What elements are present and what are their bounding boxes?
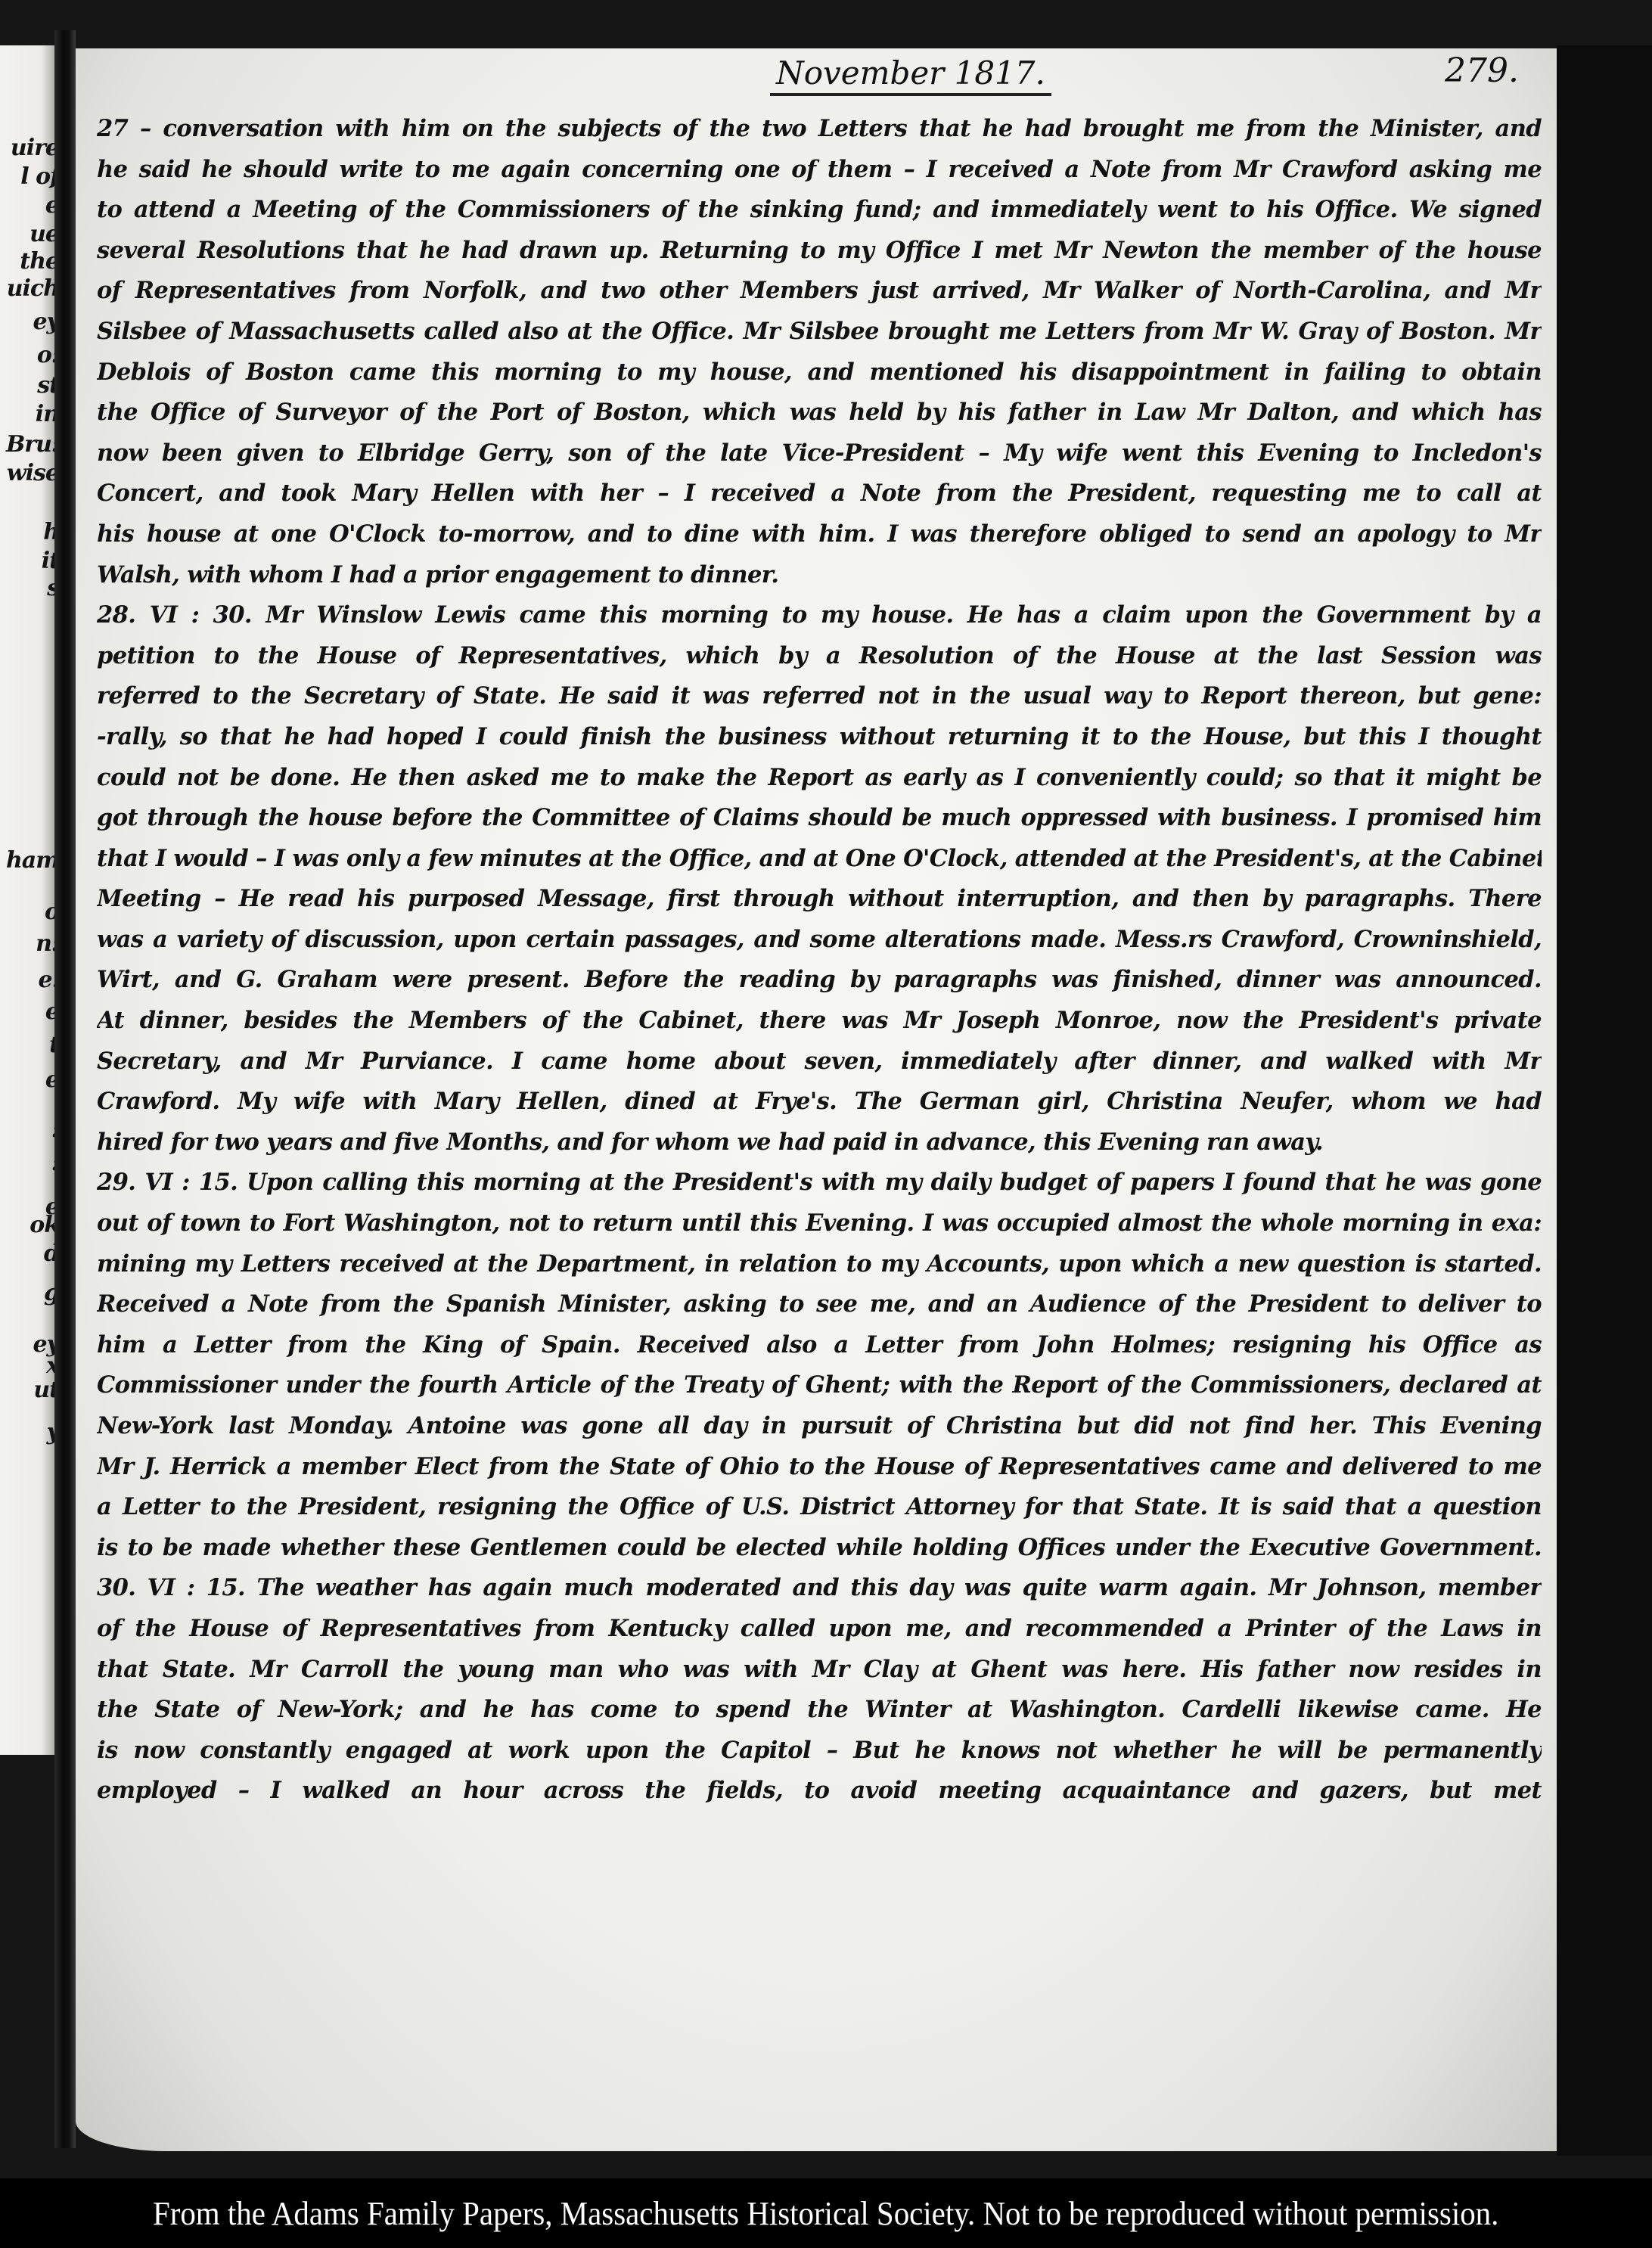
facing-page-fragment: t xyxy=(2,1032,59,1058)
facing-page-fragment: ut xyxy=(2,1377,59,1403)
manuscript-line: petition to the House of Representatives… xyxy=(97,636,1542,677)
facing-page-fragment: x xyxy=(2,1352,59,1379)
facing-page-fragment: : xyxy=(2,1116,59,1143)
diary-page: November 1817. 279. 27 – conversation wi… xyxy=(76,48,1558,2151)
facing-page-fragment: ue xyxy=(2,221,59,247)
page-number: 279. xyxy=(1445,51,1519,90)
facing-page-fragment: ok xyxy=(2,1212,59,1238)
manuscript-line: that I would – I was only a few minutes … xyxy=(97,839,1542,880)
manuscript-line: several Resolutions that he had drawn up… xyxy=(97,231,1542,272)
binding-gutter xyxy=(54,30,76,2148)
manuscript-line: Silsbee of Massachusetts called also at … xyxy=(97,312,1542,352)
facing-page-fragment: in xyxy=(2,401,59,427)
manuscript-line: now been given to Elbridge Gerry, son of… xyxy=(97,433,1542,474)
facing-page-fragment: uich xyxy=(2,275,59,302)
manuscript-line: Walsh, with whom I had a prior engagemen… xyxy=(97,555,1542,596)
manuscript-line: him a Letter from the King of Spain. Rec… xyxy=(97,1325,1542,1366)
facing-page-fragment: : xyxy=(2,1150,59,1176)
facing-page-fragment: e xyxy=(2,998,59,1025)
manuscript-line: referred to the Secretary of State. He s… xyxy=(97,676,1542,717)
manuscript-line: employed – I walked an hour across the f… xyxy=(97,1771,1542,1812)
manuscript-line: Meeting – He read his purposed Message, … xyxy=(97,879,1542,920)
facing-page-fragment: y xyxy=(2,1419,59,1445)
facing-page-fragment: uire xyxy=(2,135,59,161)
facing-page-fragment: ey xyxy=(2,309,59,335)
manuscript-line: could not be done. He then asked me to m… xyxy=(97,758,1542,799)
manuscript-line: 30. VI : 15. The weather has again much … xyxy=(97,1568,1542,1609)
facing-page-fragment: n: xyxy=(2,930,59,957)
diary-entries: 27 – conversation with him on the subjec… xyxy=(97,109,1542,1812)
manuscript-line: 28. VI : 30. Mr Winslow Lewis came this … xyxy=(97,595,1542,636)
manuscript-line: Wirt, and G. Graham were present. Before… xyxy=(97,960,1542,1001)
manuscript-line: Secretary, and Mr Purviance. I came home… xyxy=(97,1042,1542,1082)
manuscript-line: out of town to Fort Washington, not to r… xyxy=(97,1203,1542,1244)
facing-page-fragment: e xyxy=(2,192,59,219)
facing-page-fragment: o xyxy=(2,899,59,925)
facing-page-fragment: the xyxy=(2,248,59,275)
manuscript-line: -rally, so that he had hoped I could fin… xyxy=(97,717,1542,758)
manuscript-line: to attend a Meeting of the Commissioners… xyxy=(97,190,1542,231)
manuscript-line: New-York last Monday. Antoine was gone a… xyxy=(97,1406,1542,1447)
facing-page-fragment: wise xyxy=(2,460,59,486)
facing-page-fragment: o: xyxy=(2,342,59,368)
facing-page-fragment: Bru: xyxy=(2,431,59,458)
facing-page-fragment: l of xyxy=(2,163,59,190)
facing-page-fragment: st xyxy=(2,372,59,399)
facing-page-fragment: d xyxy=(2,1240,59,1267)
manuscript-line: the Office of Surveyor of the Port of Bo… xyxy=(97,393,1542,433)
page-header: November 1817. 279. xyxy=(76,48,1558,101)
manuscript-line: is now constantly engaged at work upon t… xyxy=(97,1731,1542,1771)
manuscript-line: of Representatives from Norfolk, and two… xyxy=(97,271,1542,312)
manuscript-line: Deblois of Boston came this morning to m… xyxy=(97,352,1542,393)
copyright-caption: From the Adams Family Papers, Massachuse… xyxy=(153,2194,1498,2233)
facing-page-fragment: g xyxy=(2,1280,59,1306)
manuscript-line: is to be made whether these Gentlemen co… xyxy=(97,1528,1542,1569)
manuscript-line: hired for two years and five Months, and… xyxy=(97,1122,1542,1163)
manuscript-line: Concert, and took Mary Hellen with her –… xyxy=(97,474,1542,514)
manuscript-line: At dinner, besides the Members of the Ca… xyxy=(97,1001,1542,1042)
scanned-manuscript: uirel ofeuetheuicheyo:stinBru:wisehitsha… xyxy=(0,0,1652,2178)
manuscript-line: that State. Mr Carroll the young man who… xyxy=(97,1650,1542,1691)
manuscript-line: Received a Note from the Spanish Ministe… xyxy=(97,1284,1542,1325)
manuscript-line: 29. VI : 15. Upon calling this morning a… xyxy=(97,1163,1542,1203)
facing-page-fragment: s xyxy=(2,575,59,601)
manuscript-line: of the House of Representatives from Ken… xyxy=(97,1609,1542,1650)
manuscript-line: Crawford. My wife with Mary Hellen, dine… xyxy=(97,1082,1542,1122)
manuscript-line: a Letter to the President, resigning the… xyxy=(97,1487,1542,1528)
facing-page-fragment: it xyxy=(2,548,59,574)
facing-page-fragment: e. xyxy=(2,967,59,993)
manuscript-line: got through the house before the Committ… xyxy=(97,798,1542,839)
copyright-caption-bar: From the Adams Family Papers, Massachuse… xyxy=(0,2178,1652,2248)
scan-border-right xyxy=(1557,45,1652,2156)
facing-page-fragment: ham xyxy=(2,847,59,874)
manuscript-line: 27 – conversation with him on the subjec… xyxy=(97,109,1542,150)
facing-page-edge: uirel ofeuetheuicheyo:stinBru:wisehitsha… xyxy=(0,45,59,1755)
facing-page-fragment: h xyxy=(2,519,59,545)
month-heading: November 1817. xyxy=(770,54,1051,96)
manuscript-line: Commissioner under the fourth Article of… xyxy=(97,1365,1542,1406)
manuscript-line: mining my Letters received at the Depart… xyxy=(97,1244,1542,1285)
manuscript-line: he said he should write to me again conc… xyxy=(97,150,1542,191)
manuscript-line: Mr J. Herrick a member Elect from the St… xyxy=(97,1447,1542,1488)
manuscript-line: the State of New-York; and he has come t… xyxy=(97,1690,1542,1731)
facing-page-fragment: e xyxy=(2,1067,59,1093)
manuscript-line: his house at one O'Clock to-morrow, and … xyxy=(97,514,1542,555)
manuscript-line: was a variety of discussion, upon certai… xyxy=(97,920,1542,961)
